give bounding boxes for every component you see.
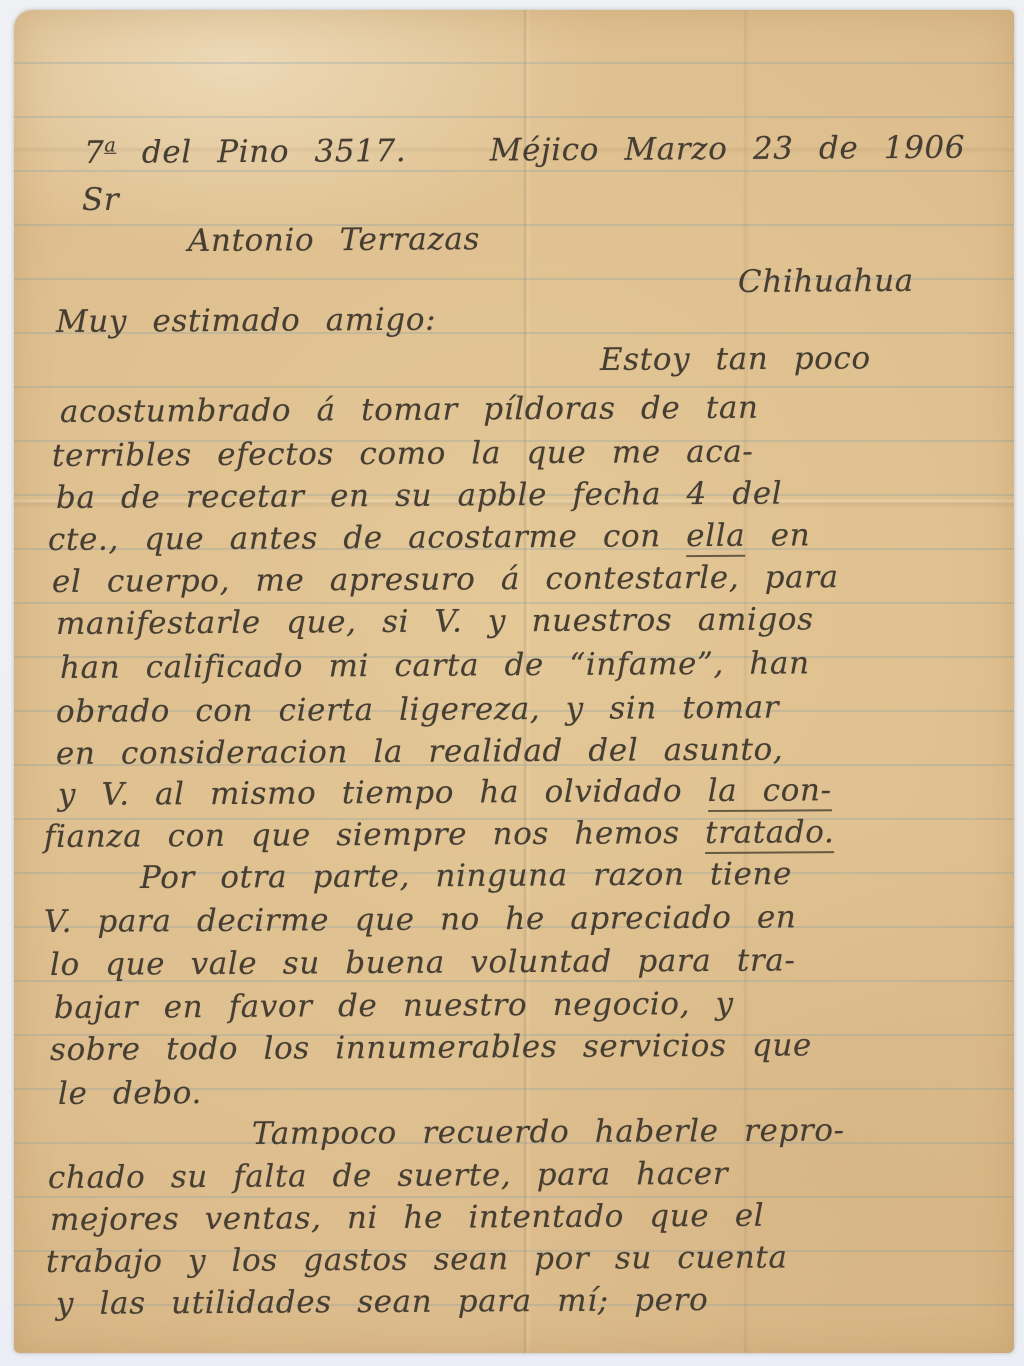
- body-line: lo que vale su buena voluntad para tra-: [50, 940, 796, 985]
- greeting-line: Muy estimado amigo:: [56, 300, 436, 342]
- underlined-word: tratado.: [705, 814, 835, 854]
- body-line: obrado con cierta ligereza, y sin tomar: [56, 688, 779, 732]
- place-date-text: Méjico Marzo 23 de 1906: [490, 130, 966, 169]
- body-line-paragraph-start: Tampoco recuerdo haberle repro-: [252, 1110, 845, 1154]
- body-line: ba de recetar en su apble fecha 4 del: [56, 474, 782, 518]
- address-text: 7a del Pino 3517.: [84, 133, 406, 171]
- recipient-prefix: Sr: [82, 180, 120, 220]
- body-line: sobre todo los innumerables servicios qu…: [50, 1025, 812, 1070]
- scanner-background: 7a del Pino 3517. Méjico Marzo 23 de 190…: [0, 0, 1024, 1366]
- body-line: acostumbrado á tomar píldoras de tan: [60, 388, 759, 432]
- underlined-word: ella: [686, 518, 745, 557]
- recipient-name: Antonio Terrazas: [188, 219, 480, 261]
- body-line: mejores ventas, ni he intentado que el: [50, 1196, 764, 1240]
- underlined-word: la con-: [708, 772, 832, 812]
- body-line: cte., que antes de acostarme con ella en: [48, 515, 810, 560]
- body-line: chado su falta de suerte, para hacer: [48, 1154, 728, 1198]
- body-line: han calificado mi carta de “infame”, han: [60, 643, 810, 688]
- body-line: manifestarle que, si V. y nuestros amigo…: [56, 599, 814, 644]
- body-line: terribles efectos como la que me aca-: [52, 432, 754, 476]
- body-line: Estoy tan poco: [600, 338, 871, 380]
- body-line: y las utilidades sean para mí; pero: [56, 1280, 709, 1324]
- address-date-line: 7a del Pino 3517. Méjico Marzo 23 de 190…: [84, 121, 965, 174]
- body-line: V. para decirme que no he apreciado en: [44, 897, 797, 942]
- body-line: fianza con que siempre nos hemos tratado…: [44, 812, 835, 857]
- body-line: bajar en favor de nuestro negocio, y: [54, 984, 734, 1028]
- body-line: el cuerpo, me apresuro á contestarle, pa…: [52, 557, 839, 602]
- body-line: en consideracion la realidad del asunto,: [56, 730, 783, 774]
- body-line: trabajo y los gastos sean por su cuenta: [46, 1237, 788, 1282]
- body-line: le debo.: [58, 1073, 202, 1114]
- body-line: y V. al mismo tiempo ha olvidado la con-: [58, 770, 832, 815]
- ordinal-superscript: a: [104, 134, 116, 157]
- body-line-paragraph-start: Por otra parte, ninguna razon tiene: [140, 854, 792, 898]
- recipient-city: Chihuahua: [738, 261, 914, 302]
